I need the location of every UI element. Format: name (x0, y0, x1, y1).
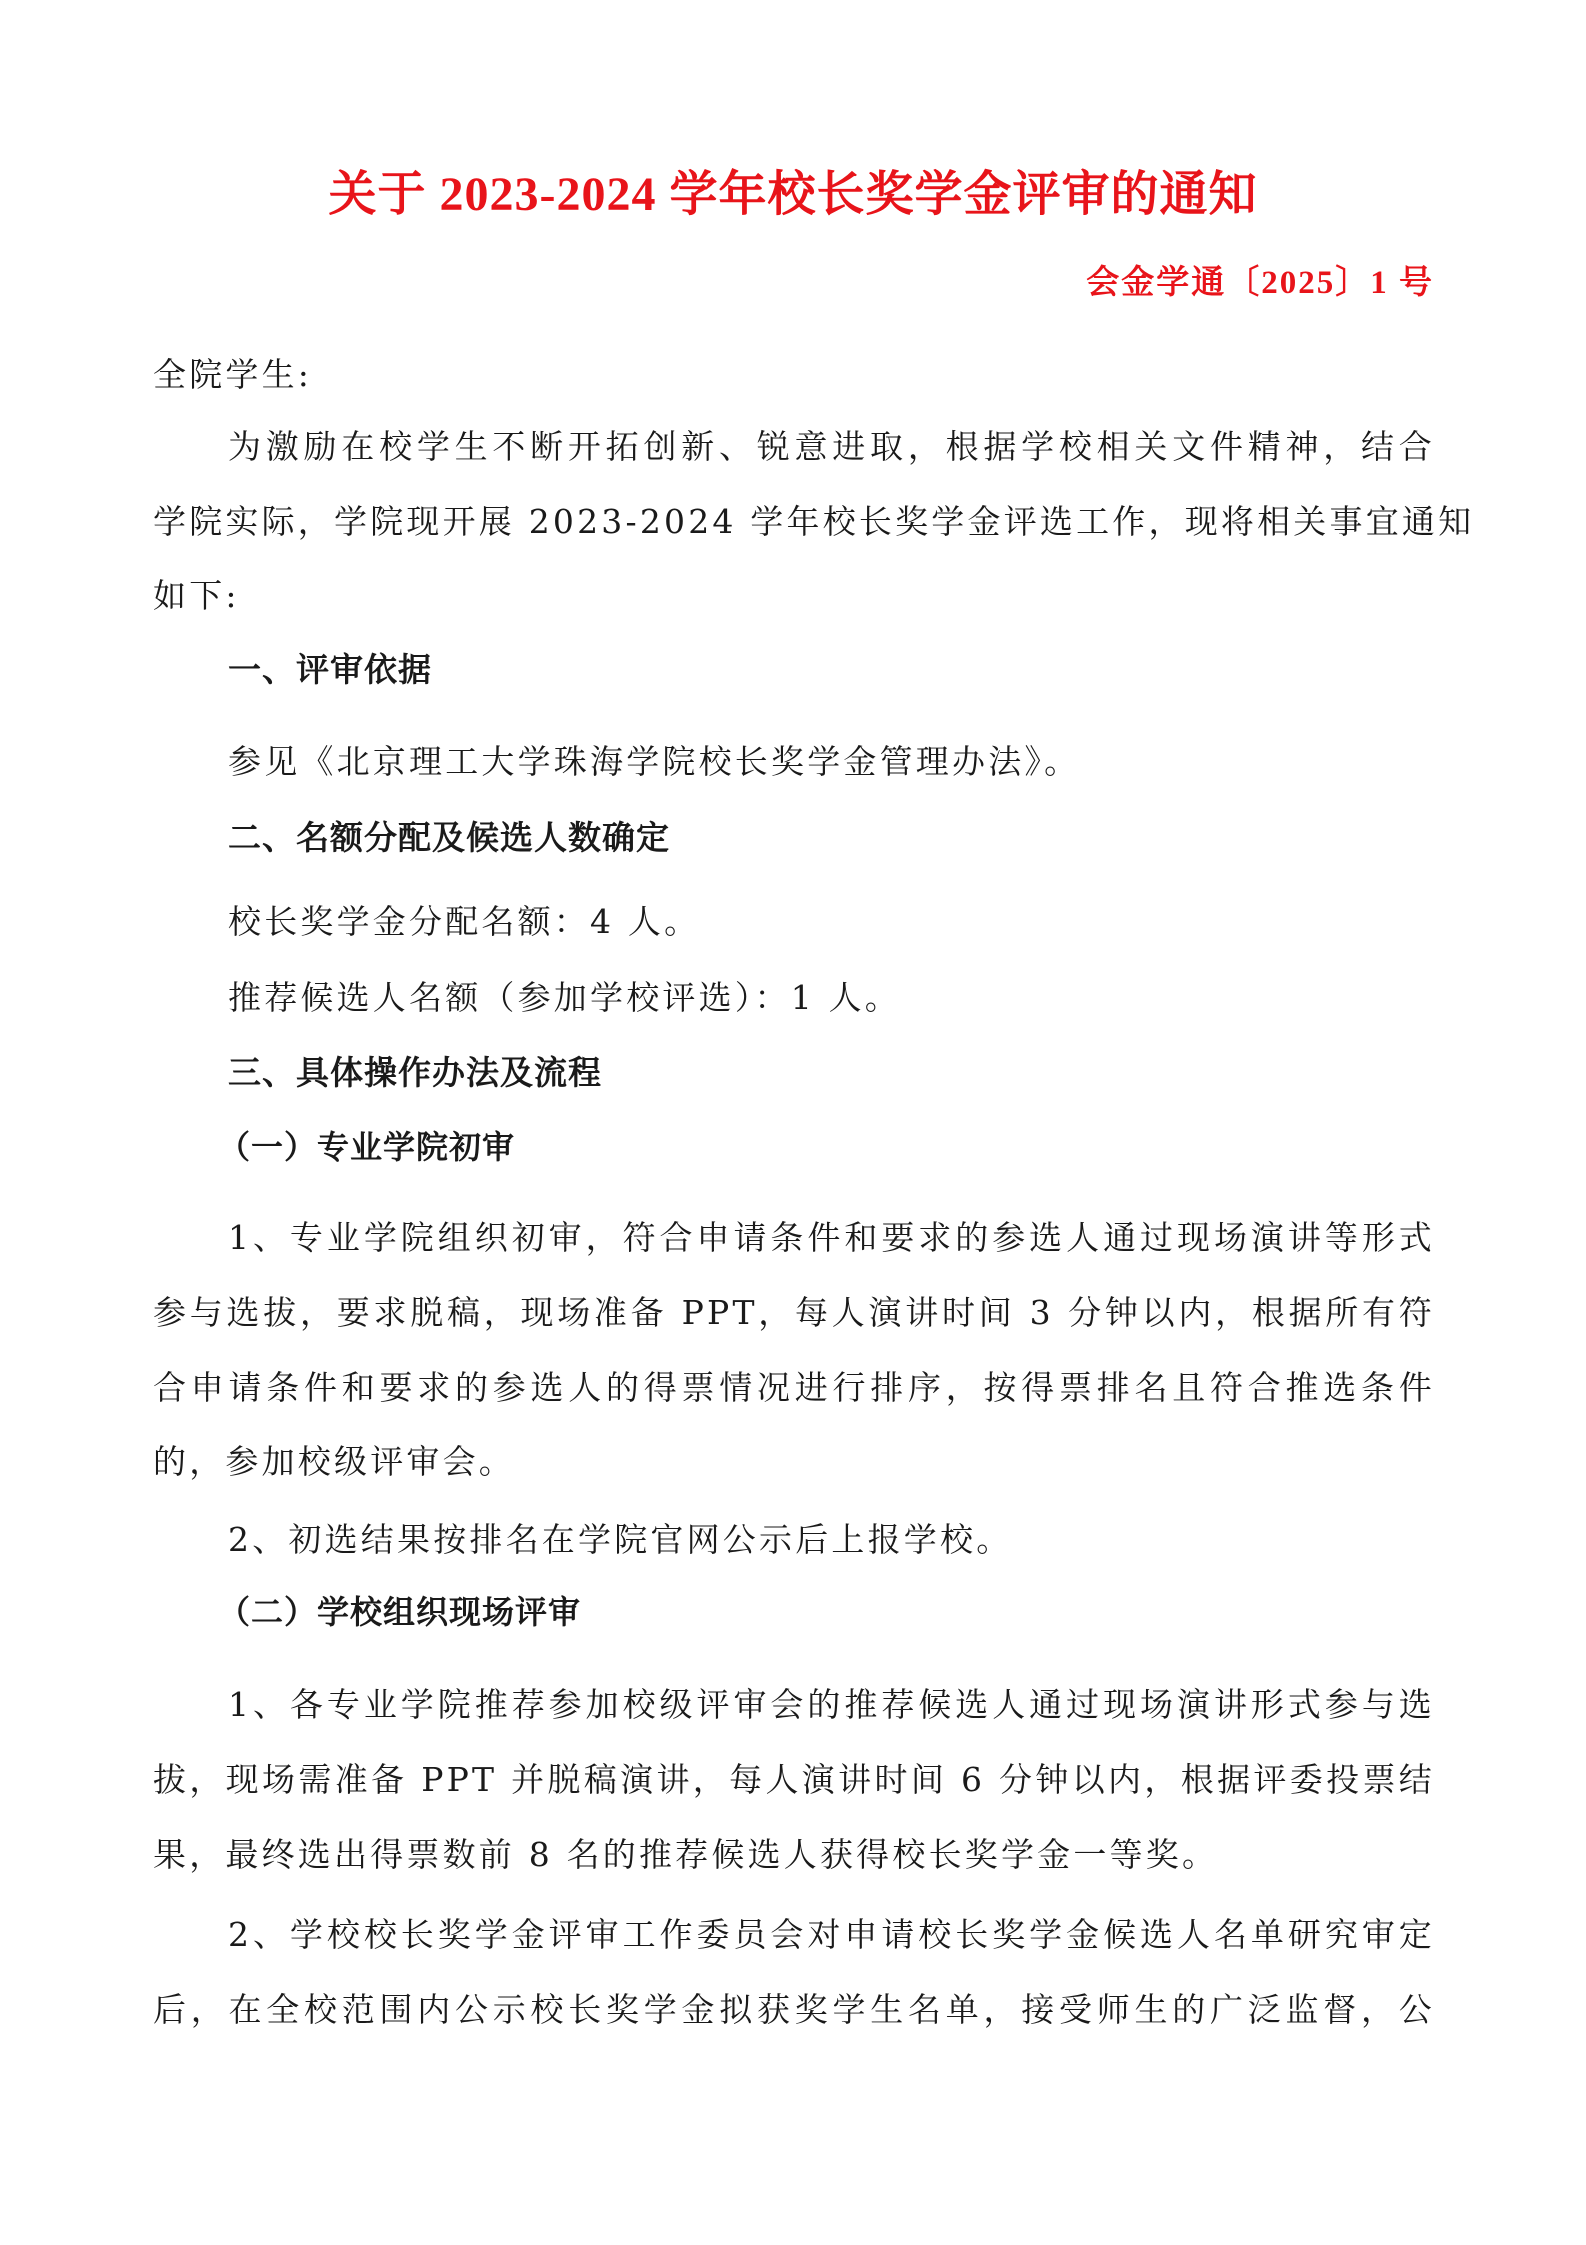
intro-line: 如下: (153, 570, 1435, 622)
quota-line: 校长奖学金分配名额：4 人。 (228, 896, 1435, 948)
item-line: 的，参加校级评审会。 (153, 1436, 1435, 1488)
section-heading-3: 三、具体操作办法及流程 (228, 1047, 1435, 1099)
subsection-heading-2: （二）学校组织现场评审 (218, 1586, 1500, 1638)
section-1-body: 参见《北京理工大学珠海学院校长奖学金管理办法》。 (228, 736, 1435, 788)
intro-line: 学院实际，学院现开展 2023-2024 学年校长奖学金评选工作，现将相关事宜通… (153, 496, 1435, 548)
candidate-quota-line: 推荐候选人名额（参加学校评选）：1 人。 (228, 972, 1435, 1024)
item-line: 1、各专业学院推荐参加校级评审会的推荐候选人通过现场演讲形式参与选 (228, 1679, 1435, 1731)
item-line: 果，最终选出得票数前 8 名的推荐候选人获得校长奖学金一等奖。 (153, 1829, 1435, 1881)
item-line: 合申请条件和要求的参选人的得票情况进行排序，按得票排名且符合推选条件 (153, 1362, 1435, 1414)
item-line: 参与选拔，要求脱稿，现场准备 PPT，每人演讲时间 3 分钟以内，根据所有符 (153, 1287, 1435, 1339)
document-number: 会金学通〔2025〕1 号 (1086, 258, 1434, 308)
section-heading-2: 二、名额分配及候选人数确定 (228, 812, 1435, 864)
item-line: 1、专业学院组织初审，符合申请条件和要求的参选人通过现场演讲等形式 (228, 1212, 1435, 1264)
item-line: 后，在全校范围内公示校长奖学金拟获奖学生名单，接受师生的广泛监督，公 (153, 1984, 1435, 2036)
document-page: 关于 2023-2024 学年校长奖学金评审的通知 会金学通〔2025〕1 号 … (0, 0, 1586, 2245)
intro-line: 为激励在校学生不断开拓创新、锐意进取，根据学校相关文件精神，结合 (228, 421, 1435, 473)
document-title: 关于 2023-2024 学年校长奖学金评审的通知 (0, 162, 1586, 228)
greeting: 全院学生: (153, 349, 1435, 401)
section-heading-1: 一、评审依据 (228, 644, 1435, 696)
subsection-heading-1: （一）专业学院初审 (218, 1121, 1500, 1173)
item-line: 拔，现场需准备 PPT 并脱稿演讲，每人演讲时间 6 分钟以内，根据评委投票结 (153, 1754, 1435, 1806)
item-line: 2、学校校长奖学金评审工作委员会对申请校长奖学金候选人名单研究审定 (228, 1909, 1435, 1961)
item-line: 2、初选结果按排名在学院官网公示后上报学校。 (228, 1514, 1435, 1566)
